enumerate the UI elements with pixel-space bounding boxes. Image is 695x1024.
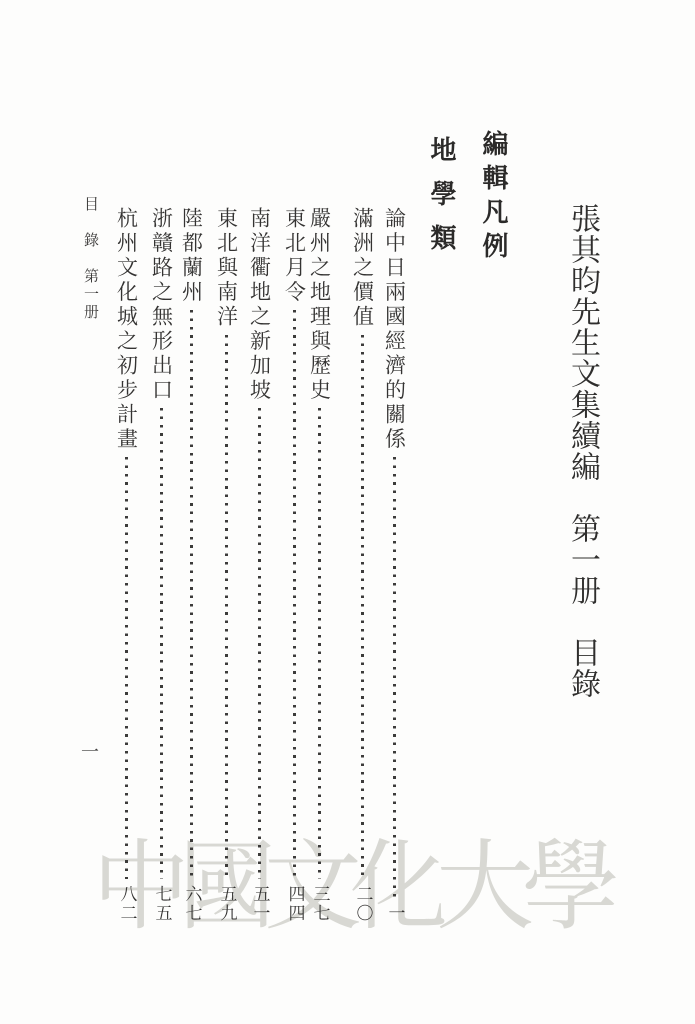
entry-page-number: 三七	[311, 885, 328, 923]
entry-page-number: 四四	[286, 885, 303, 923]
running-title: 目 錄 第一册	[83, 196, 98, 322]
entry-title: 論中日兩國經濟的關係	[384, 207, 405, 452]
entry-title: 東北與南洋	[216, 207, 237, 330]
dotted-leader	[293, 310, 296, 879]
section-header-editorial-notes: 編輯凡例	[480, 130, 506, 266]
entry-title: 東北月令	[284, 207, 305, 305]
book-title: 張其昀先生文集續編 第一册 目錄	[567, 203, 597, 699]
entry-title: 杭州文化城之初步計畫	[116, 207, 137, 452]
toc-entry: 浙贛路之無形出口 七五	[149, 207, 173, 923]
dotted-leader	[318, 408, 321, 879]
entry-page-number: 六七	[183, 885, 200, 923]
entry-page-number: 五九	[218, 885, 235, 923]
dotted-leader	[361, 335, 364, 880]
toc-entry: 陸都蘭州 六七	[179, 207, 203, 923]
entry-title: 嚴州之地理與歷史	[309, 207, 330, 403]
entry-title: 南洋衢地之新加坡	[249, 207, 270, 403]
dotted-leader	[393, 457, 396, 898]
toc-entry: 嚴州之地理與歷史 三七	[307, 207, 331, 923]
entry-page-number: 一	[386, 904, 403, 923]
toc-entry: 南洋衢地之新加坡 五一	[247, 207, 271, 923]
entry-page-number: 五一	[251, 885, 268, 923]
entry-title: 浙贛路之無形出口	[151, 207, 172, 403]
entry-page-number: 八二	[118, 885, 135, 923]
toc-entry: 滿洲之價值 二〇	[350, 207, 374, 923]
dotted-leader	[125, 457, 128, 879]
folio-page-number: 一	[79, 742, 97, 760]
dotted-leader	[225, 335, 228, 880]
entry-title: 滿洲之價值	[352, 207, 373, 330]
toc-entry: 東北與南洋 五九	[214, 207, 238, 923]
section-header-geography-category: 地學類	[428, 136, 454, 268]
toc-entry: 論中日兩國經濟的關係 一	[382, 207, 406, 923]
entry-page-number: 二〇	[354, 885, 371, 923]
book-toc-page: 中國文化大學 張其昀先生文集續編 第一册 目錄 編輯凡例 地學類 論中日兩國經濟…	[0, 0, 695, 1024]
dotted-leader	[160, 408, 163, 879]
toc-entry: 杭州文化城之初步計畫 八二	[114, 207, 138, 923]
dotted-leader	[258, 408, 261, 879]
entry-page-number: 七五	[153, 885, 170, 923]
dotted-leader	[190, 310, 193, 879]
toc-entry: 東北月令 四四	[282, 207, 306, 923]
entry-title: 陸都蘭州	[181, 207, 202, 305]
